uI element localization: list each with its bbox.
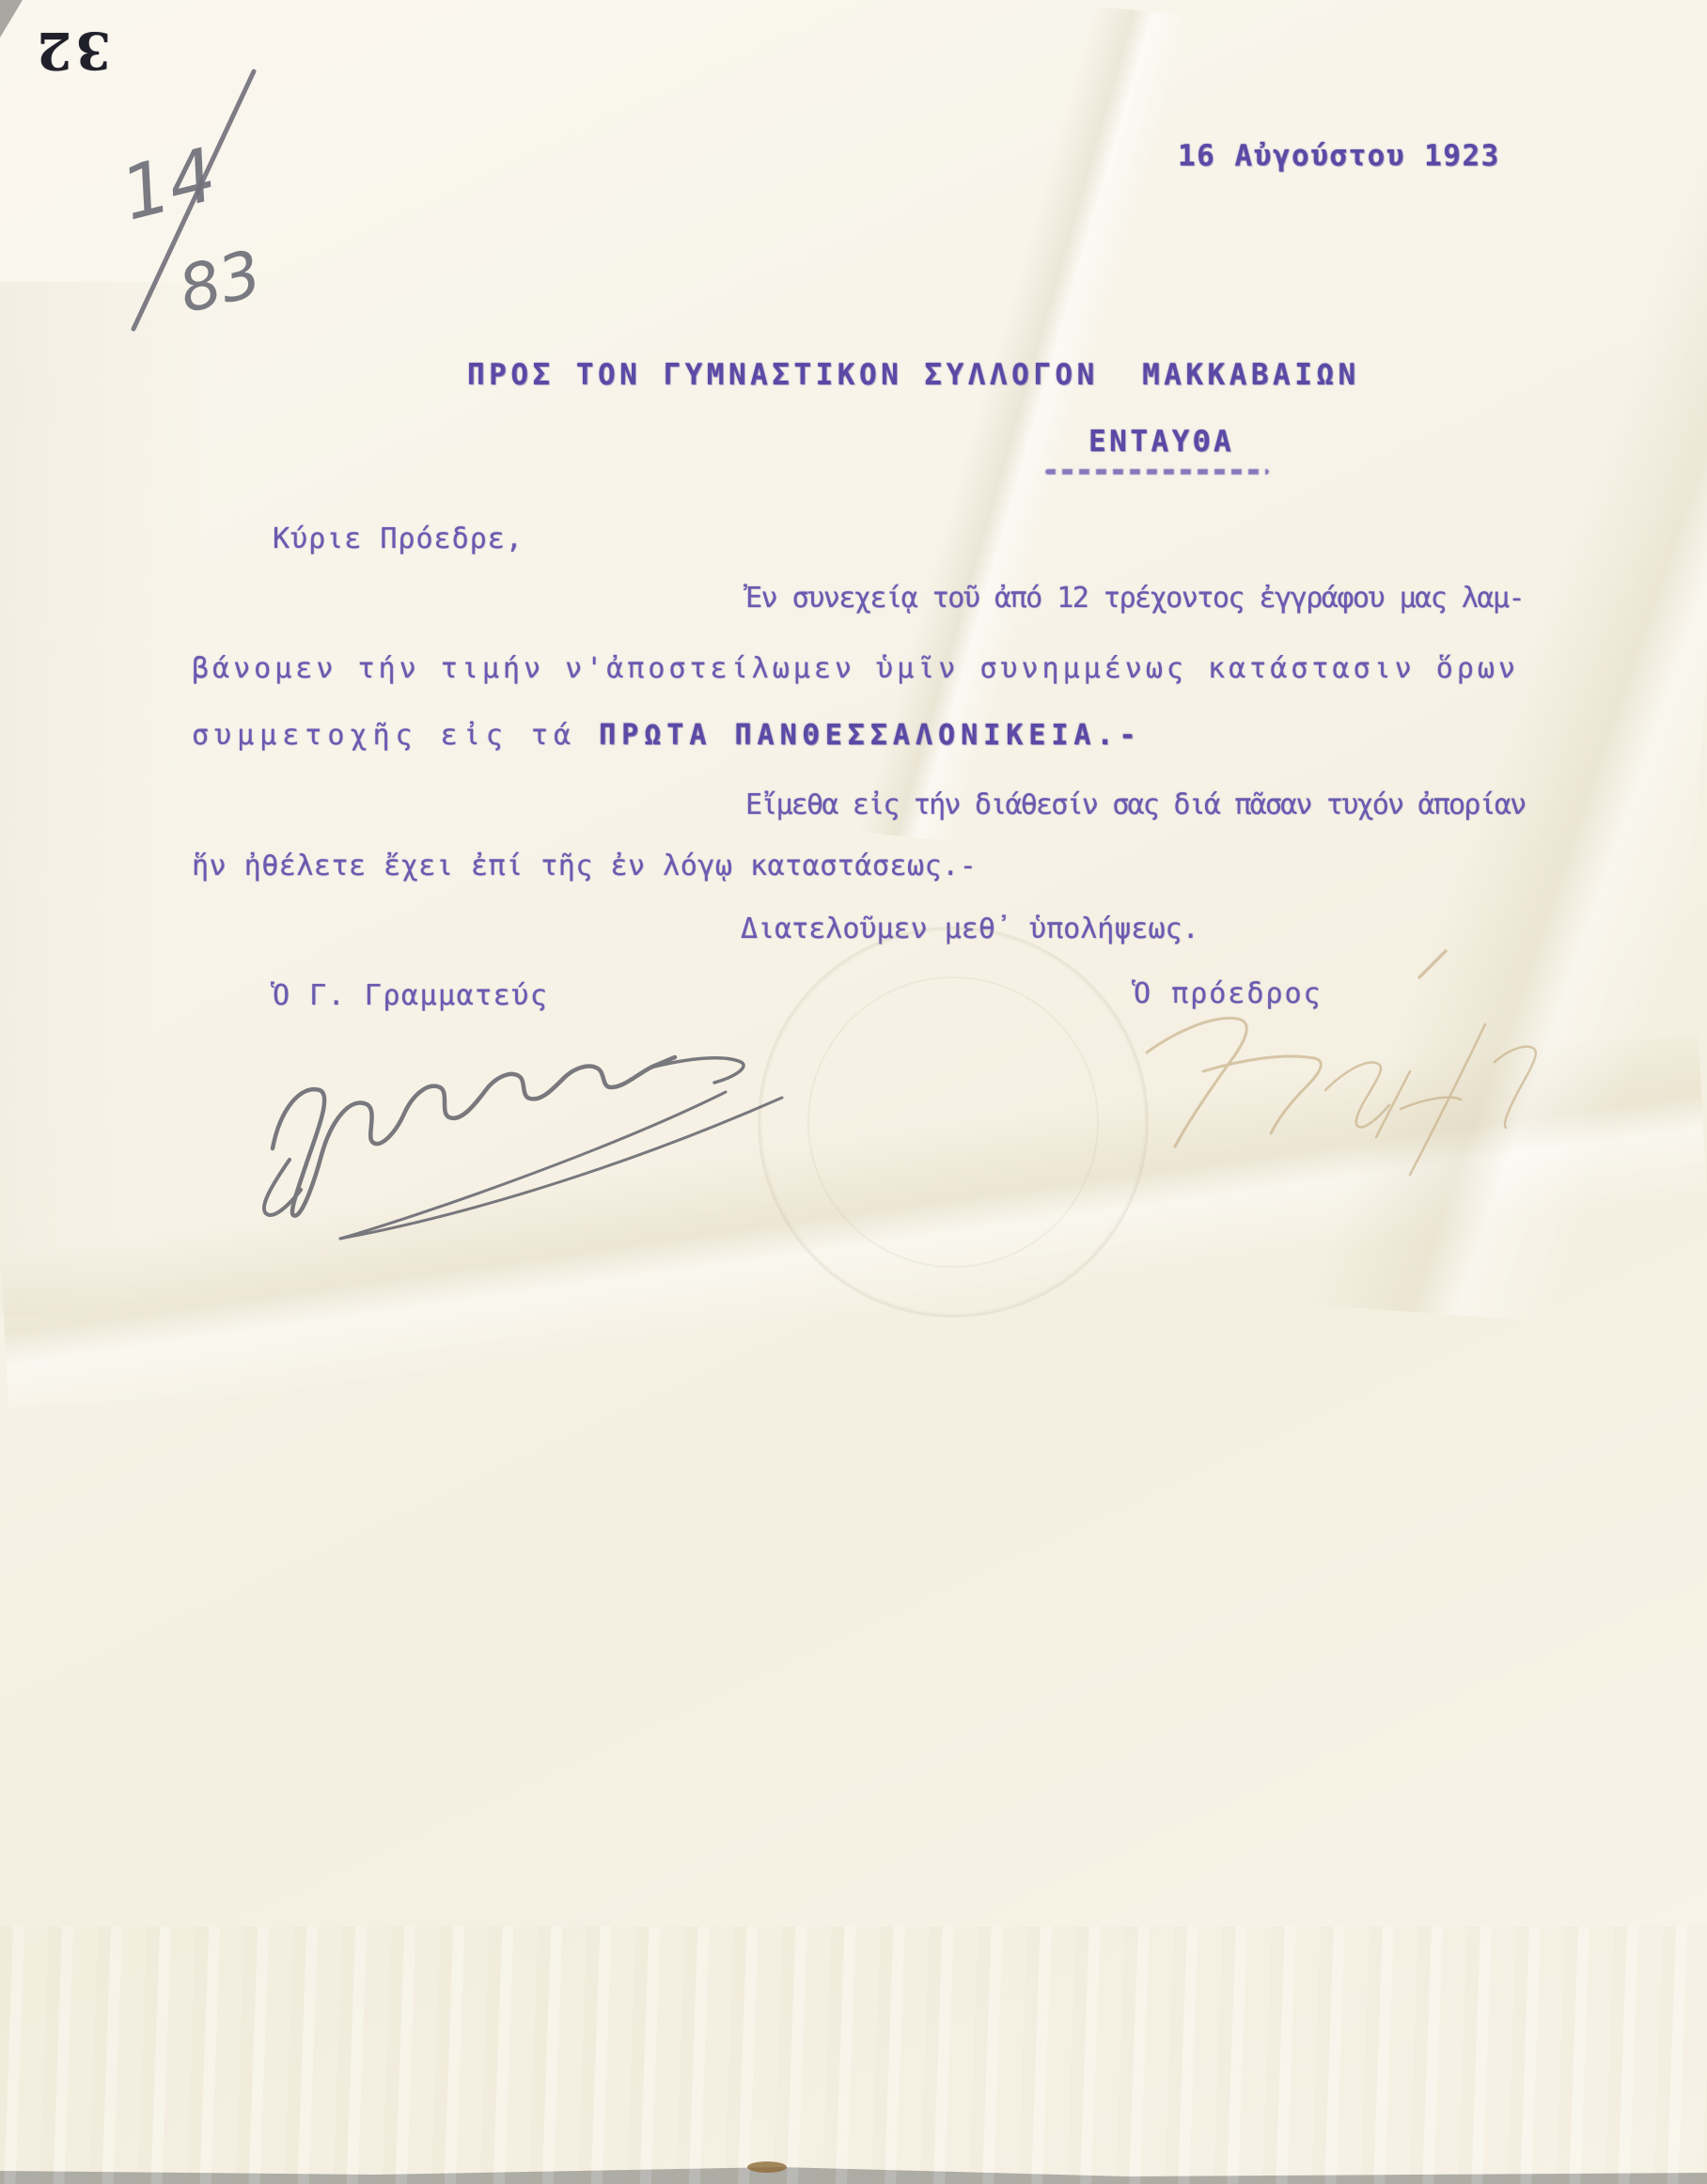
scanned-letter-page: { "document": { "type_label": "typewritt… [0,0,1707,2184]
pencil-folio-annotation: 14 83 [105,64,279,336]
dashed-underline [1045,469,1269,475]
seal-inner-ring [807,976,1099,1268]
body-line-text: συμμετοχῆς εἰς τά [192,719,599,752]
recipient-location: ΕΝΤΑΥΘΑ [1088,425,1234,460]
folio-denominator: 83 [172,237,269,329]
secretary-signature [199,1007,820,1252]
body-line: ἥν ἠθέλετε ἔχει ἐπί τῆς ἐν λόγῳ καταστάσ… [192,850,977,883]
paper-stain [747,2161,787,2173]
folio-numerator: 14 [114,133,225,237]
salutation: Κύριε Πρόεδρε, [273,523,524,556]
event-name-emphasis: ΠΡΩΤΑ ΠΑΝΘΕΣΣΑΛΟΝΙΚΕΙΑ.- [599,719,1141,752]
body-line: Ἐν συνεχείᾳ τοῦ ἀπό 12 τρέχοντος ἐγγράφο… [745,582,1524,616]
archive-number-stamp: 32 [26,23,111,81]
body-line: συμμετοχῆς εἰς τά ΠΡΩΤΑ ΠΑΝΘΕΣΣΑΛΟΝΙΚΕΙΑ… [192,719,1142,753]
letter-date: 16 Αὐγούστου 1923 [1178,139,1500,174]
president-signature [1090,940,1579,1212]
body-line: βάνομεν τήν τιμήν ν'ἀποστείλωμεν ὑμῖν συ… [192,652,1519,686]
recipient-line: ΠΡΟΣ ΤΟΝ ΓΥΜΝΑΣΤΙΚΟΝ ΣΥΛΛΟΓΟΝ ΜΑΚΚΑΒΑΙΩΝ [467,358,1360,393]
body-line: Εἴμεθα εἰς τήν διάθεσίν σας διά πᾶσαν τυ… [745,788,1525,822]
